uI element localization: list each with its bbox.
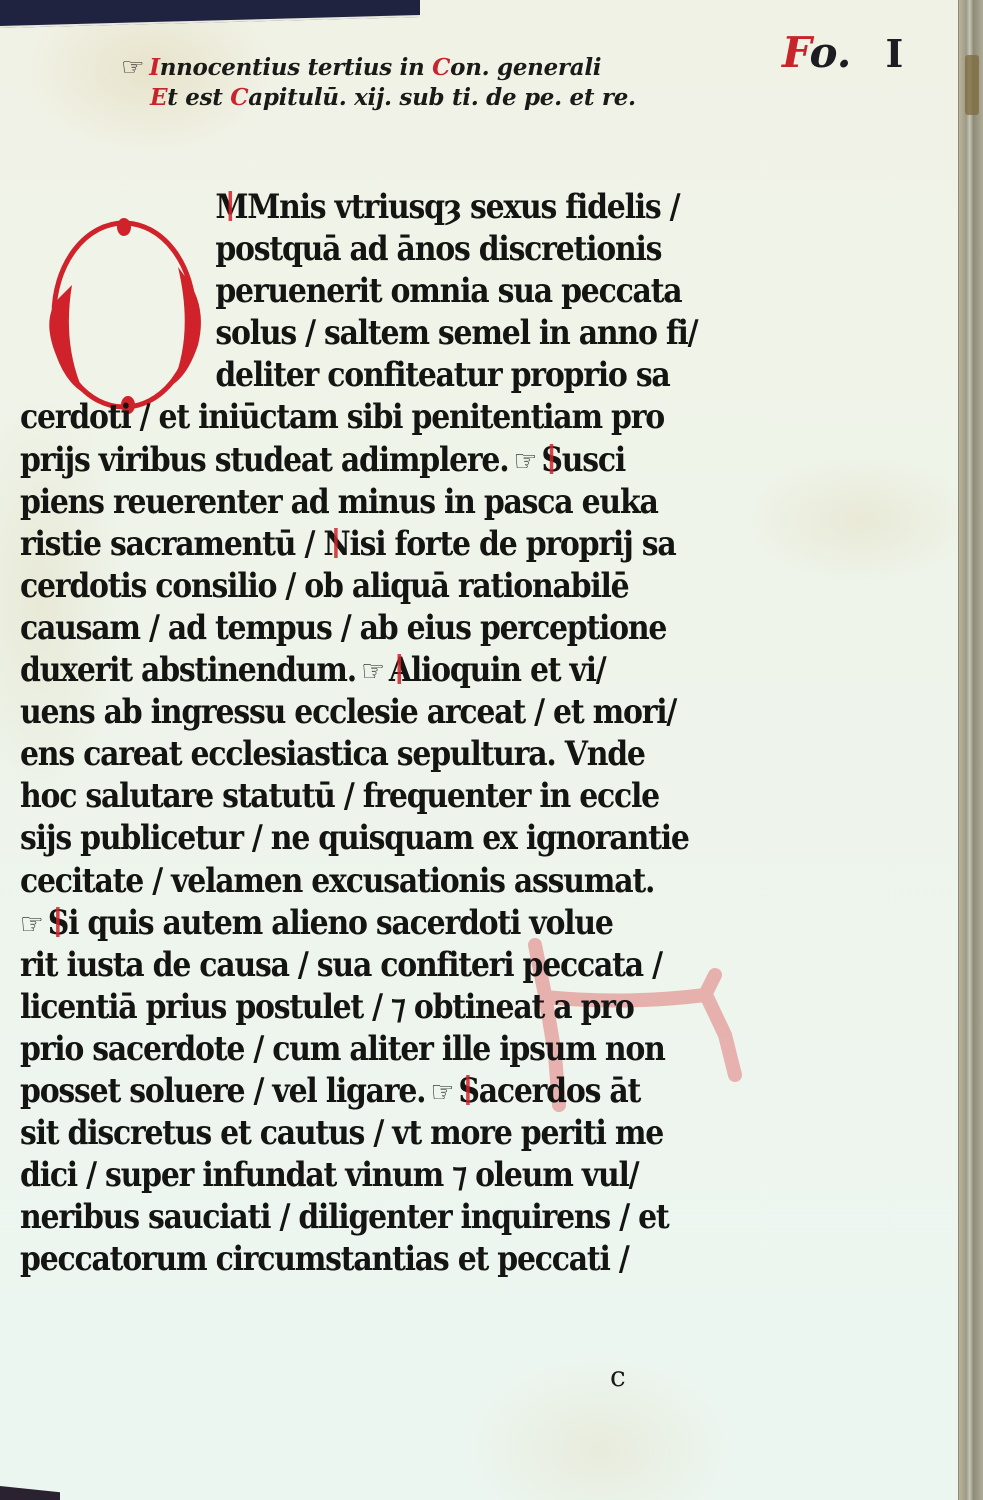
text-line: rit iusta de causa / sua confiteri pecca… bbox=[20, 944, 689, 986]
rubricated-capital: S bbox=[48, 903, 68, 943]
rubricated-capital: S bbox=[541, 440, 561, 480]
text-line: posset soluere / vel ligare.☞Sacerdos āt bbox=[20, 1070, 689, 1112]
text-line: ristie sacramentū / Nisi forte de propri… bbox=[20, 523, 689, 565]
rubricated-capital: N bbox=[323, 524, 349, 564]
text-line: dici / super infundat vinum ⁊ oleum vul/ bbox=[20, 1154, 689, 1196]
text-line: prio sacerdote / cum aliter ille ipsum n… bbox=[20, 1028, 689, 1070]
rubricated-capital: M bbox=[215, 187, 247, 227]
manicule-icon: ☞ bbox=[431, 1075, 453, 1110]
folio-number: Fo.I bbox=[782, 28, 903, 77]
text-line: licentiā prius postulet / ⁊ obtineat a p… bbox=[20, 986, 689, 1028]
folio-numeral: I bbox=[885, 31, 903, 76]
text-line: cerdotis consilio / ob aliquā rationabil… bbox=[20, 565, 689, 607]
text-line: causam / ad tempus / ab eius perceptione bbox=[20, 607, 689, 649]
rubricated-initial: E bbox=[150, 84, 167, 111]
manicule-icon: ☞ bbox=[361, 654, 383, 689]
text-line: sijs publicetur / ne quisquam ex ignoran… bbox=[20, 817, 689, 859]
text-line: ens careat ecclesiastica sepultura. Vnde bbox=[20, 733, 689, 775]
manicule-icon: ☞ bbox=[514, 444, 536, 479]
running-header: ☞Innocentius tertius in Con. generali Et… bbox=[122, 52, 722, 113]
text-line: hoc salutare statutū / frequenter in ecc… bbox=[20, 775, 689, 817]
text-line: cecitate / velamen excusationis assumat. bbox=[20, 860, 689, 902]
book-page: ☞Innocentius tertius in Con. generali Et… bbox=[0, 0, 983, 1500]
rubricated-initial: C bbox=[230, 84, 248, 111]
next-page-edge bbox=[958, 0, 983, 1500]
binding-edge-top bbox=[0, 0, 420, 28]
manicule-icon: ☞ bbox=[20, 907, 42, 942]
text-line: peruenerit omnia sua peccata bbox=[20, 270, 689, 312]
text-line: MMnis vtriusqȝ sexus fidelis / bbox=[20, 186, 689, 228]
text-line: cerdoti / et iniūctam sibi penitentiam p… bbox=[20, 396, 689, 438]
header-text: apitulū. xij. sub ti. de pe. et re. bbox=[248, 84, 635, 111]
header-text: t est bbox=[167, 84, 230, 111]
rubricated-capital: S bbox=[458, 1071, 478, 1111]
binding-edge-bottom bbox=[0, 1486, 60, 1500]
main-text-block: MMnis vtriusqȝ sexus fidelis / postquā a… bbox=[20, 186, 689, 1280]
manicule-icon: ☞ bbox=[121, 52, 144, 82]
folio-abbreviation: Fo. bbox=[782, 28, 851, 77]
rubricated-initial: I bbox=[149, 54, 159, 81]
text-line: sit discretus et cautus / vt more periti… bbox=[20, 1112, 689, 1154]
text-line: piens reuerenter ad minus in pasca euka bbox=[20, 481, 689, 523]
header-text: on. generali bbox=[450, 54, 601, 81]
header-line-1: ☞Innocentius tertius in Con. generali bbox=[122, 52, 722, 83]
rubricated-capital: A bbox=[389, 650, 411, 690]
header-text: nnocentius tertius in bbox=[160, 54, 432, 81]
text-line: solus / saltem semel in anno fi/ bbox=[20, 312, 689, 354]
text-line: prijs viribus studeat adimplere.☞Susci bbox=[20, 439, 689, 481]
text-line: ☞Si quis autem alieno sacerdoti volue bbox=[20, 902, 689, 944]
text-line: postquā ad ānos discretionis bbox=[20, 228, 689, 270]
text-line: uens ab ingressu ecclesie arceat / et mo… bbox=[20, 691, 689, 733]
text-line: duxerit abstinendum.☞Alioquin et vi/ bbox=[20, 649, 689, 691]
text-line: neribus sauciati / diligenter inquirens … bbox=[20, 1196, 689, 1238]
text-line: peccatorum circumstantias et peccati / bbox=[20, 1238, 689, 1280]
signature-mark: c bbox=[610, 1360, 626, 1393]
rubricated-initial: C bbox=[432, 54, 450, 81]
header-line-2: Et est Capitulū. xij. sub ti. de pe. et … bbox=[122, 83, 722, 113]
gutter-stain bbox=[965, 55, 979, 115]
text-line: deliter confiteatur proprio sa bbox=[20, 354, 689, 396]
